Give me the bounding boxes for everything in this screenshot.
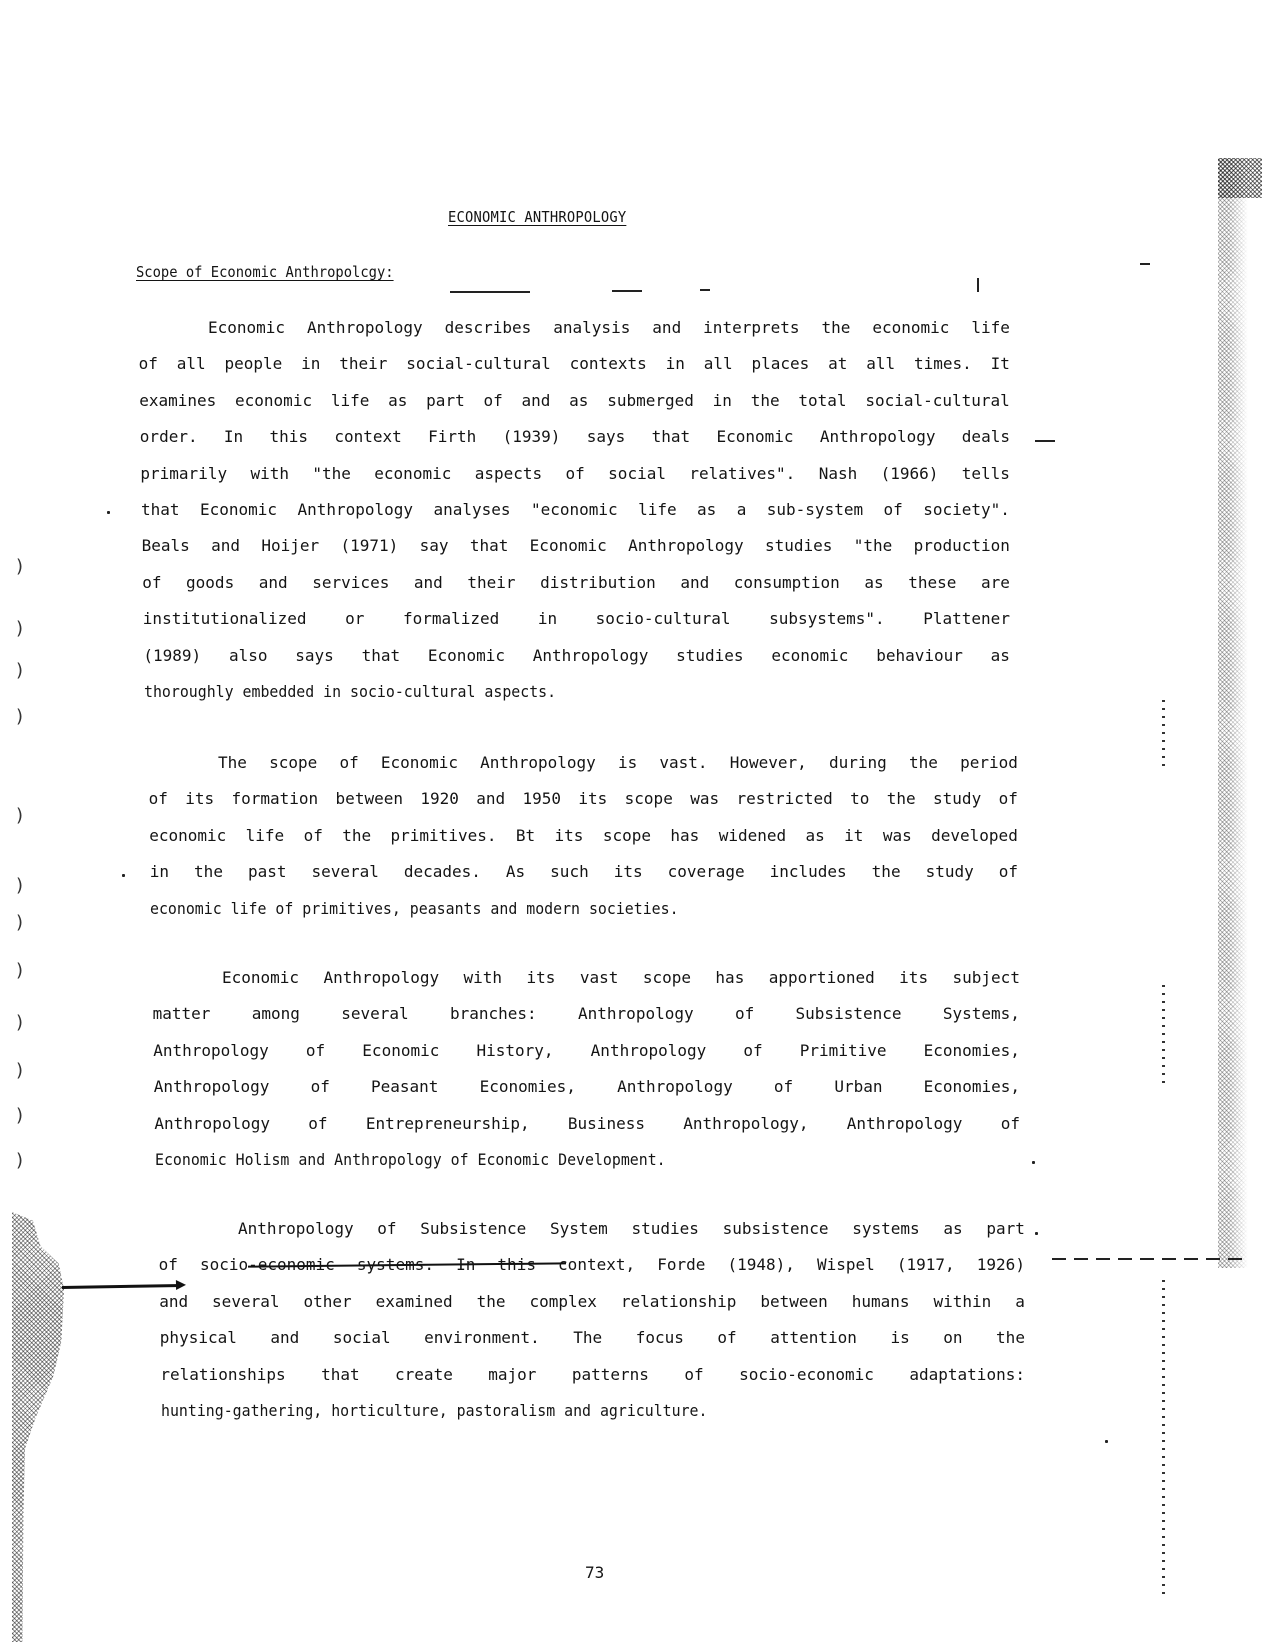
- document-title: ECONOMIC ANTHROPOLOGY: [448, 208, 626, 226]
- scan-mark: [1035, 1232, 1038, 1235]
- scan-dots: [1162, 1280, 1165, 1600]
- scan-edge-shadow-right: [1218, 158, 1248, 1268]
- scanned-page: ) ) ) ) ) ) ) ) ) ) ) ) ECONOMIC ANTHROP…: [0, 0, 1275, 1650]
- paragraph-line: physicalandsocialenvironment.Thefocusofa…: [160, 1327, 1025, 1349]
- scan-mark: [977, 278, 979, 292]
- paragraph-line: order.InthiscontextFirth(1939)saysthatEc…: [140, 426, 1010, 448]
- scan-dots: [1162, 985, 1165, 1085]
- paragraph-line: AnthropologyofSubsistenceSystemstudiessu…: [238, 1218, 1025, 1240]
- binding-hole-mark: ): [16, 875, 23, 896]
- scan-mark: [1105, 1440, 1108, 1443]
- paragraph-line: primarilywith"theeconomicaspectsofsocial…: [140, 463, 1010, 485]
- paragraph-line: hunting-gathering, horticulture, pastora…: [161, 1400, 707, 1422]
- paragraph-line: inthepastseveraldecades.Assuchitscoverag…: [150, 861, 1018, 883]
- scan-mark: [612, 290, 642, 292]
- paragraph-line: (1989)alsosaysthatEconomicAnthropologyst…: [143, 645, 1010, 667]
- paragraph-line: BealsandHoijer(1971)saythatEconomicAnthr…: [142, 535, 1010, 557]
- binding-hole-mark: ): [16, 660, 23, 681]
- scan-mark: [1035, 440, 1055, 442]
- paragraph-line: EconomicAnthropologydescribesanalysisand…: [208, 317, 1010, 339]
- paragraph-line: AnthropologyofPeasantEconomies,Anthropol…: [154, 1076, 1020, 1098]
- binding-hole-mark: ): [16, 805, 23, 826]
- scan-mark: [1032, 1161, 1035, 1164]
- scan-mark: [700, 289, 710, 291]
- scan-edge-shadow-right-top: [1218, 158, 1262, 198]
- scan-mark: [107, 511, 110, 514]
- paragraph-line: ofgoodsandservicesandtheirdistributionan…: [142, 572, 1010, 594]
- paragraph-line: ThescopeofEconomicAnthropologyisvast.How…: [218, 752, 1018, 774]
- paragraph-line: AnthropologyofEntrepreneurship,BusinessA…: [154, 1113, 1020, 1135]
- scan-dots: [1162, 700, 1165, 770]
- paragraph-line: ofsocio-economicsystems.Inthiscontext,Fo…: [159, 1254, 1025, 1276]
- section-heading: Scope of Economic Anthropolcgy:: [136, 263, 394, 281]
- paragraph-line: EconomicAnthropologywithitsvastscopehasa…: [222, 967, 1020, 989]
- scan-mark: [122, 874, 125, 877]
- paragraph-line: ofallpeopleintheirsocial-culturalcontext…: [139, 353, 1010, 375]
- paragraph-line: examineseconomiclifeaspartofandassubmerg…: [139, 390, 1010, 412]
- paragraph-line: institutionalizedorformalizedinsocio-cul…: [143, 608, 1010, 630]
- paragraph-line: ofitsformationbetween1920and1950itsscope…: [149, 788, 1018, 810]
- page-number: 73: [585, 1563, 604, 1582]
- margin-dashed-mark: [1052, 1258, 1242, 1260]
- binding-hole-mark: ): [16, 618, 23, 639]
- scan-edge-shadow-left: [12, 1212, 64, 1642]
- binding-hole-mark: ): [16, 1060, 23, 1081]
- binding-hole-mark: ): [16, 1150, 23, 1171]
- paragraph-line: relationshipsthatcreatemajorpatternsofso…: [160, 1364, 1025, 1386]
- margin-arrow-mark: [62, 1284, 182, 1289]
- paragraph-line: matteramongseveralbranches:Anthropologyo…: [153, 1003, 1020, 1025]
- paragraph-line: thatEconomicAnthropologyanalyses"economi…: [141, 499, 1010, 521]
- binding-hole-mark: ): [16, 556, 23, 577]
- paragraph-line: thoroughly embedded in socio-cultural as…: [144, 681, 556, 703]
- binding-hole-mark: ): [16, 1012, 23, 1033]
- paragraph-line: andseveralotherexaminedthecomplexrelatio…: [159, 1291, 1025, 1313]
- scan-mark: [1140, 263, 1150, 265]
- paragraph-line: Economic Holism and Anthropology of Econ…: [155, 1149, 666, 1171]
- binding-hole-mark: ): [16, 1105, 23, 1126]
- binding-hole-mark: ): [16, 912, 23, 933]
- binding-hole-mark: ): [16, 706, 23, 727]
- paragraph-line: economiclifeoftheprimitives.Btitsscopeha…: [149, 825, 1018, 847]
- binding-hole-mark: ): [16, 960, 23, 981]
- scan-mark: [450, 291, 530, 293]
- paragraph-line: economic life of primitives, peasants an…: [150, 898, 679, 920]
- paragraph-line: AnthropologyofEconomicHistory,Anthropolo…: [153, 1040, 1020, 1062]
